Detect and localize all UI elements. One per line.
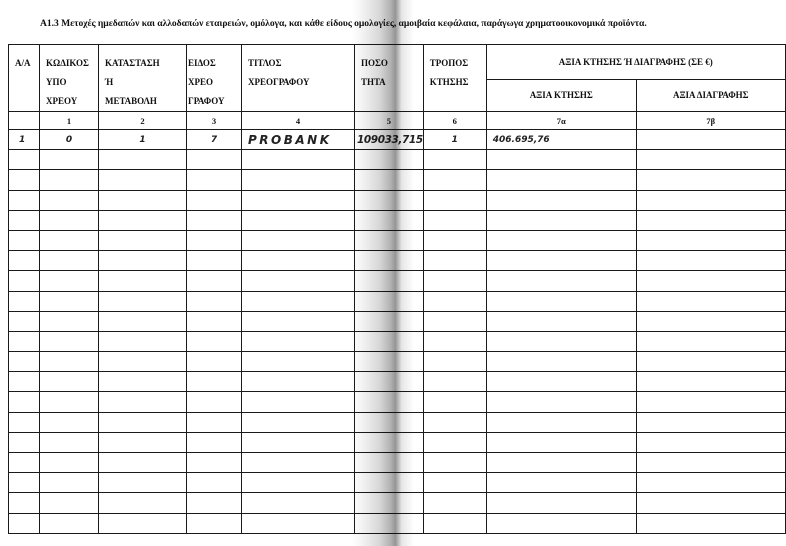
header-method: ΤΡΟΠΟΣΚΤΗΣΗΣ <box>423 45 486 112</box>
cell-method[interactable] <box>423 392 486 412</box>
cell-acq-value[interactable] <box>486 251 636 271</box>
header-del-value: ΑΞΙΑ ΔΙΑΓΡΑΦΗΣ <box>636 79 785 111</box>
cell-type[interactable] <box>187 150 242 170</box>
cell-del-value[interactable] <box>636 352 785 372</box>
cell-type[interactable] <box>187 372 242 392</box>
cell-code[interactable] <box>40 190 99 210</box>
column-number-6: 6 <box>423 112 486 130</box>
cell-del-value[interactable] <box>636 230 785 250</box>
cell-quantity[interactable] <box>355 473 424 493</box>
header-acq-value: ΑΞΙΑ ΚΤΗΣΗΣ <box>486 79 636 111</box>
cell-code[interactable] <box>40 230 99 250</box>
cell-del-value[interactable] <box>636 251 785 271</box>
header-quantity: ΠΟΣΟΤΗΤΑ <box>355 45 424 112</box>
cell-del-value[interactable] <box>636 130 785 150</box>
cell-title[interactable] <box>242 453 355 473</box>
cell-status[interactable] <box>99 453 187 473</box>
cell-aa[interactable] <box>9 453 40 473</box>
cell-status[interactable] <box>99 513 187 533</box>
cell-method[interactable] <box>423 513 486 533</box>
cell-type[interactable] <box>187 352 242 372</box>
table-row-empty <box>9 493 786 513</box>
cell-aa[interactable] <box>9 170 40 190</box>
cell-quantity[interactable] <box>355 392 424 412</box>
cell-type[interactable] <box>187 251 242 271</box>
cell-type[interactable] <box>187 311 242 331</box>
cell-acq-value[interactable] <box>486 473 636 493</box>
cell-title[interactable] <box>242 493 355 513</box>
cell-acq-value[interactable] <box>486 230 636 250</box>
cell-method[interactable] <box>423 271 486 291</box>
table-row-empty <box>9 331 786 351</box>
cell-aa[interactable] <box>9 331 40 351</box>
cell-code[interactable] <box>40 432 99 452</box>
cell-quantity[interactable] <box>355 251 424 271</box>
cell-code[interactable] <box>40 291 99 311</box>
cell-quantity[interactable]: 109033,715 <box>355 130 424 150</box>
cell-title[interactable] <box>242 230 355 250</box>
table-row-empty <box>9 291 786 311</box>
cell-title[interactable] <box>242 372 355 392</box>
cell-type[interactable] <box>187 190 242 210</box>
cell-del-value[interactable] <box>636 150 785 170</box>
table-row-empty <box>9 271 786 291</box>
cell-acq-value[interactable] <box>486 271 636 291</box>
cell-code[interactable] <box>40 311 99 331</box>
column-number-7: 7α <box>486 112 636 130</box>
cell-code[interactable] <box>40 271 99 291</box>
cell-type[interactable] <box>187 210 242 230</box>
securities-form-table: Α/Α ΚΩΔΙΚΟΣΥΠΟΧΡΕΟΥ ΚΑΤΑΣΤΑΣΗΉΜΕΤΑΒΟΛΗ Ε… <box>8 44 786 534</box>
cell-quantity[interactable] <box>355 190 424 210</box>
table-row: 1017PROBANK109033,7151406.695,76 <box>9 130 786 150</box>
cell-title[interactable] <box>242 210 355 230</box>
cell-status[interactable]: 1 <box>99 130 187 150</box>
cell-method[interactable] <box>423 150 486 170</box>
table-row-empty <box>9 150 786 170</box>
cell-del-value[interactable] <box>636 473 785 493</box>
column-number-5: 5 <box>355 112 424 130</box>
cell-del-value[interactable] <box>636 210 785 230</box>
cell-code[interactable] <box>40 251 99 271</box>
cell-status[interactable] <box>99 210 187 230</box>
cell-aa[interactable] <box>9 230 40 250</box>
cell-del-value[interactable] <box>636 190 785 210</box>
cell-type[interactable]: 7 <box>187 130 242 150</box>
cell-type[interactable] <box>187 291 242 311</box>
cell-acq-value[interactable] <box>486 331 636 351</box>
cell-quantity[interactable] <box>355 210 424 230</box>
table-row-empty <box>9 453 786 473</box>
cell-method[interactable] <box>423 372 486 392</box>
cell-acq-value[interactable] <box>486 170 636 190</box>
cell-title[interactable]: PROBANK <box>242 130 355 150</box>
cell-aa[interactable] <box>9 271 40 291</box>
cell-status[interactable] <box>99 473 187 493</box>
cell-title[interactable] <box>242 352 355 372</box>
table-row-empty <box>9 230 786 250</box>
cell-aa[interactable] <box>9 352 40 372</box>
cell-status[interactable] <box>99 170 187 190</box>
cell-del-value[interactable] <box>636 372 785 392</box>
cell-acq-value[interactable]: 406.695,76 <box>486 130 636 150</box>
cell-method[interactable] <box>423 473 486 493</box>
cell-aa[interactable] <box>9 210 40 230</box>
header-title: ΤΙΤΛΟΣΧΡΕΟΓΡΑΦΟΥ <box>242 45 355 112</box>
cell-acq-value[interactable] <box>486 453 636 473</box>
cell-method[interactable] <box>423 291 486 311</box>
cell-quantity[interactable] <box>355 170 424 190</box>
table-row-empty <box>9 251 786 271</box>
cell-del-value[interactable] <box>636 311 785 331</box>
column-number-4: 4 <box>242 112 355 130</box>
cell-code[interactable] <box>40 473 99 493</box>
cell-quantity[interactable] <box>355 291 424 311</box>
cell-method[interactable] <box>423 311 486 331</box>
cell-type[interactable] <box>187 230 242 250</box>
cell-type[interactable] <box>187 331 242 351</box>
cell-type[interactable] <box>187 513 242 533</box>
cell-code[interactable] <box>40 392 99 412</box>
column-number-3: 3 <box>187 112 242 130</box>
table-row-empty <box>9 170 786 190</box>
cell-del-value[interactable] <box>636 412 785 432</box>
cell-status[interactable] <box>99 432 187 452</box>
cell-method[interactable] <box>423 493 486 513</box>
cell-type[interactable] <box>187 170 242 190</box>
cell-code[interactable] <box>40 453 99 473</box>
cell-method[interactable] <box>423 453 486 473</box>
cell-code[interactable] <box>40 412 99 432</box>
cell-del-value[interactable] <box>636 170 785 190</box>
cell-acq-value[interactable] <box>486 150 636 170</box>
cell-status[interactable] <box>99 352 187 372</box>
cell-acq-value[interactable] <box>486 372 636 392</box>
cell-title[interactable] <box>242 311 355 331</box>
cell-title[interactable] <box>242 392 355 412</box>
cell-acq-value[interactable] <box>486 412 636 432</box>
cell-title[interactable] <box>242 251 355 271</box>
cell-method[interactable] <box>423 210 486 230</box>
cell-method[interactable] <box>423 432 486 452</box>
cell-acq-value[interactable] <box>486 210 636 230</box>
header-value-group: ΑΞΙΑ ΚΤΗΣΗΣ Ή ΔΙΑΓΡΑΦΗΣ (ΣΕ €) <box>486 45 785 80</box>
cell-code[interactable] <box>40 352 99 372</box>
cell-code[interactable] <box>40 150 99 170</box>
cell-status[interactable] <box>99 493 187 513</box>
cell-aa[interactable] <box>9 513 40 533</box>
cell-method[interactable] <box>423 170 486 190</box>
cell-quantity[interactable] <box>355 493 424 513</box>
form-section-caption: A1.3 Μετοχές ημεδαπών και αλλοδαπών εται… <box>40 18 780 29</box>
cell-code[interactable] <box>40 210 99 230</box>
cell-status[interactable] <box>99 190 187 210</box>
column-number-row: 1234567α7β <box>9 112 786 130</box>
cell-quantity[interactable] <box>355 432 424 452</box>
cell-code[interactable] <box>40 493 99 513</box>
cell-quantity[interactable] <box>355 150 424 170</box>
cell-code[interactable] <box>40 170 99 190</box>
cell-code[interactable] <box>40 331 99 351</box>
cell-title[interactable] <box>242 190 355 210</box>
cell-acq-value[interactable] <box>486 493 636 513</box>
cell-code[interactable] <box>40 372 99 392</box>
column-number-8: 7β <box>636 112 785 130</box>
cell-aa[interactable] <box>9 392 40 412</box>
cell-status[interactable] <box>99 251 187 271</box>
cell-method[interactable]: 1 <box>423 130 486 150</box>
cell-type[interactable] <box>187 271 242 291</box>
cell-status[interactable] <box>99 331 187 351</box>
cell-aa[interactable] <box>9 190 40 210</box>
cell-type[interactable] <box>187 453 242 473</box>
cell-title[interactable] <box>242 513 355 533</box>
cell-quantity[interactable] <box>355 352 424 372</box>
cell-acq-value[interactable] <box>486 432 636 452</box>
cell-method[interactable] <box>423 412 486 432</box>
cell-code[interactable] <box>40 513 99 533</box>
column-number-2: 2 <box>99 112 187 130</box>
cell-method[interactable] <box>423 331 486 351</box>
table-row-empty <box>9 432 786 452</box>
table-row-empty <box>9 392 786 412</box>
header-row-top: Α/Α ΚΩΔΙΚΟΣΥΠΟΧΡΕΟΥ ΚΑΤΑΣΤΑΣΗΉΜΕΤΑΒΟΛΗ Ε… <box>9 45 786 80</box>
cell-quantity[interactable] <box>355 453 424 473</box>
cell-title[interactable] <box>242 271 355 291</box>
cell-acq-value[interactable] <box>486 190 636 210</box>
header-status: ΚΑΤΑΣΤΑΣΗΉΜΕΤΑΒΟΛΗ <box>99 45 187 112</box>
header-code: ΚΩΔΙΚΟΣΥΠΟΧΡΕΟΥ <box>40 45 99 112</box>
column-number-0 <box>9 112 40 130</box>
cell-method[interactable] <box>423 251 486 271</box>
cell-type[interactable] <box>187 412 242 432</box>
cell-aa[interactable] <box>9 372 40 392</box>
cell-status[interactable] <box>99 392 187 412</box>
cell-method[interactable] <box>423 230 486 250</box>
cell-aa[interactable] <box>9 311 40 331</box>
column-number-1: 1 <box>40 112 99 130</box>
cell-title[interactable] <box>242 291 355 311</box>
cell-status[interactable] <box>99 230 187 250</box>
cell-status[interactable] <box>99 311 187 331</box>
header-type: ΕΙΔΟΣΧΡΕΟΓΡΑΦΟΥ <box>187 45 242 112</box>
cell-quantity[interactable] <box>355 311 424 331</box>
cell-status[interactable] <box>99 372 187 392</box>
cell-del-value[interactable] <box>636 513 785 533</box>
cell-title[interactable] <box>242 170 355 190</box>
cell-status[interactable] <box>99 291 187 311</box>
cell-quantity[interactable] <box>355 271 424 291</box>
cell-aa[interactable]: 1 <box>9 130 40 150</box>
cell-del-value[interactable] <box>636 392 785 412</box>
cell-quantity[interactable] <box>355 412 424 432</box>
cell-del-value[interactable] <box>636 432 785 452</box>
cell-acq-value[interactable] <box>486 392 636 412</box>
cell-method[interactable] <box>423 352 486 372</box>
cell-aa[interactable] <box>9 493 40 513</box>
cell-status[interactable] <box>99 412 187 432</box>
cell-title[interactable] <box>242 150 355 170</box>
cell-code[interactable]: 0 <box>40 130 99 150</box>
cell-quantity[interactable] <box>355 331 424 351</box>
cell-del-value[interactable] <box>636 493 785 513</box>
cell-aa[interactable] <box>9 432 40 452</box>
cell-type[interactable] <box>187 432 242 452</box>
cell-aa[interactable] <box>9 251 40 271</box>
cell-acq-value[interactable] <box>486 291 636 311</box>
cell-type[interactable] <box>187 473 242 493</box>
table-row-empty <box>9 372 786 392</box>
cell-del-value[interactable] <box>636 331 785 351</box>
cell-title[interactable] <box>242 412 355 432</box>
table-row-empty <box>9 513 786 533</box>
cell-quantity[interactable] <box>355 230 424 250</box>
header-aa: Α/Α <box>9 45 40 112</box>
cell-aa[interactable] <box>9 412 40 432</box>
table-row-empty <box>9 190 786 210</box>
cell-del-value[interactable] <box>636 271 785 291</box>
cell-type[interactable] <box>187 392 242 412</box>
cell-title[interactable] <box>242 331 355 351</box>
table-row-empty <box>9 311 786 331</box>
cell-acq-value[interactable] <box>486 352 636 372</box>
cell-aa[interactable] <box>9 150 40 170</box>
cell-type[interactable] <box>187 493 242 513</box>
cell-title[interactable] <box>242 432 355 452</box>
table-row-empty <box>9 210 786 230</box>
table-row-empty <box>9 473 786 493</box>
cell-del-value[interactable] <box>636 291 785 311</box>
cell-aa[interactable] <box>9 291 40 311</box>
table-row-empty <box>9 412 786 432</box>
cell-title[interactable] <box>242 473 355 493</box>
cell-del-value[interactable] <box>636 453 785 473</box>
table-row-empty <box>9 352 786 372</box>
cell-quantity[interactable] <box>355 513 424 533</box>
cell-method[interactable] <box>423 190 486 210</box>
cell-aa[interactable] <box>9 473 40 493</box>
cell-status[interactable] <box>99 150 187 170</box>
cell-acq-value[interactable] <box>486 311 636 331</box>
cell-acq-value[interactable] <box>486 513 636 533</box>
cell-status[interactable] <box>99 271 187 291</box>
cell-quantity[interactable] <box>355 372 424 392</box>
